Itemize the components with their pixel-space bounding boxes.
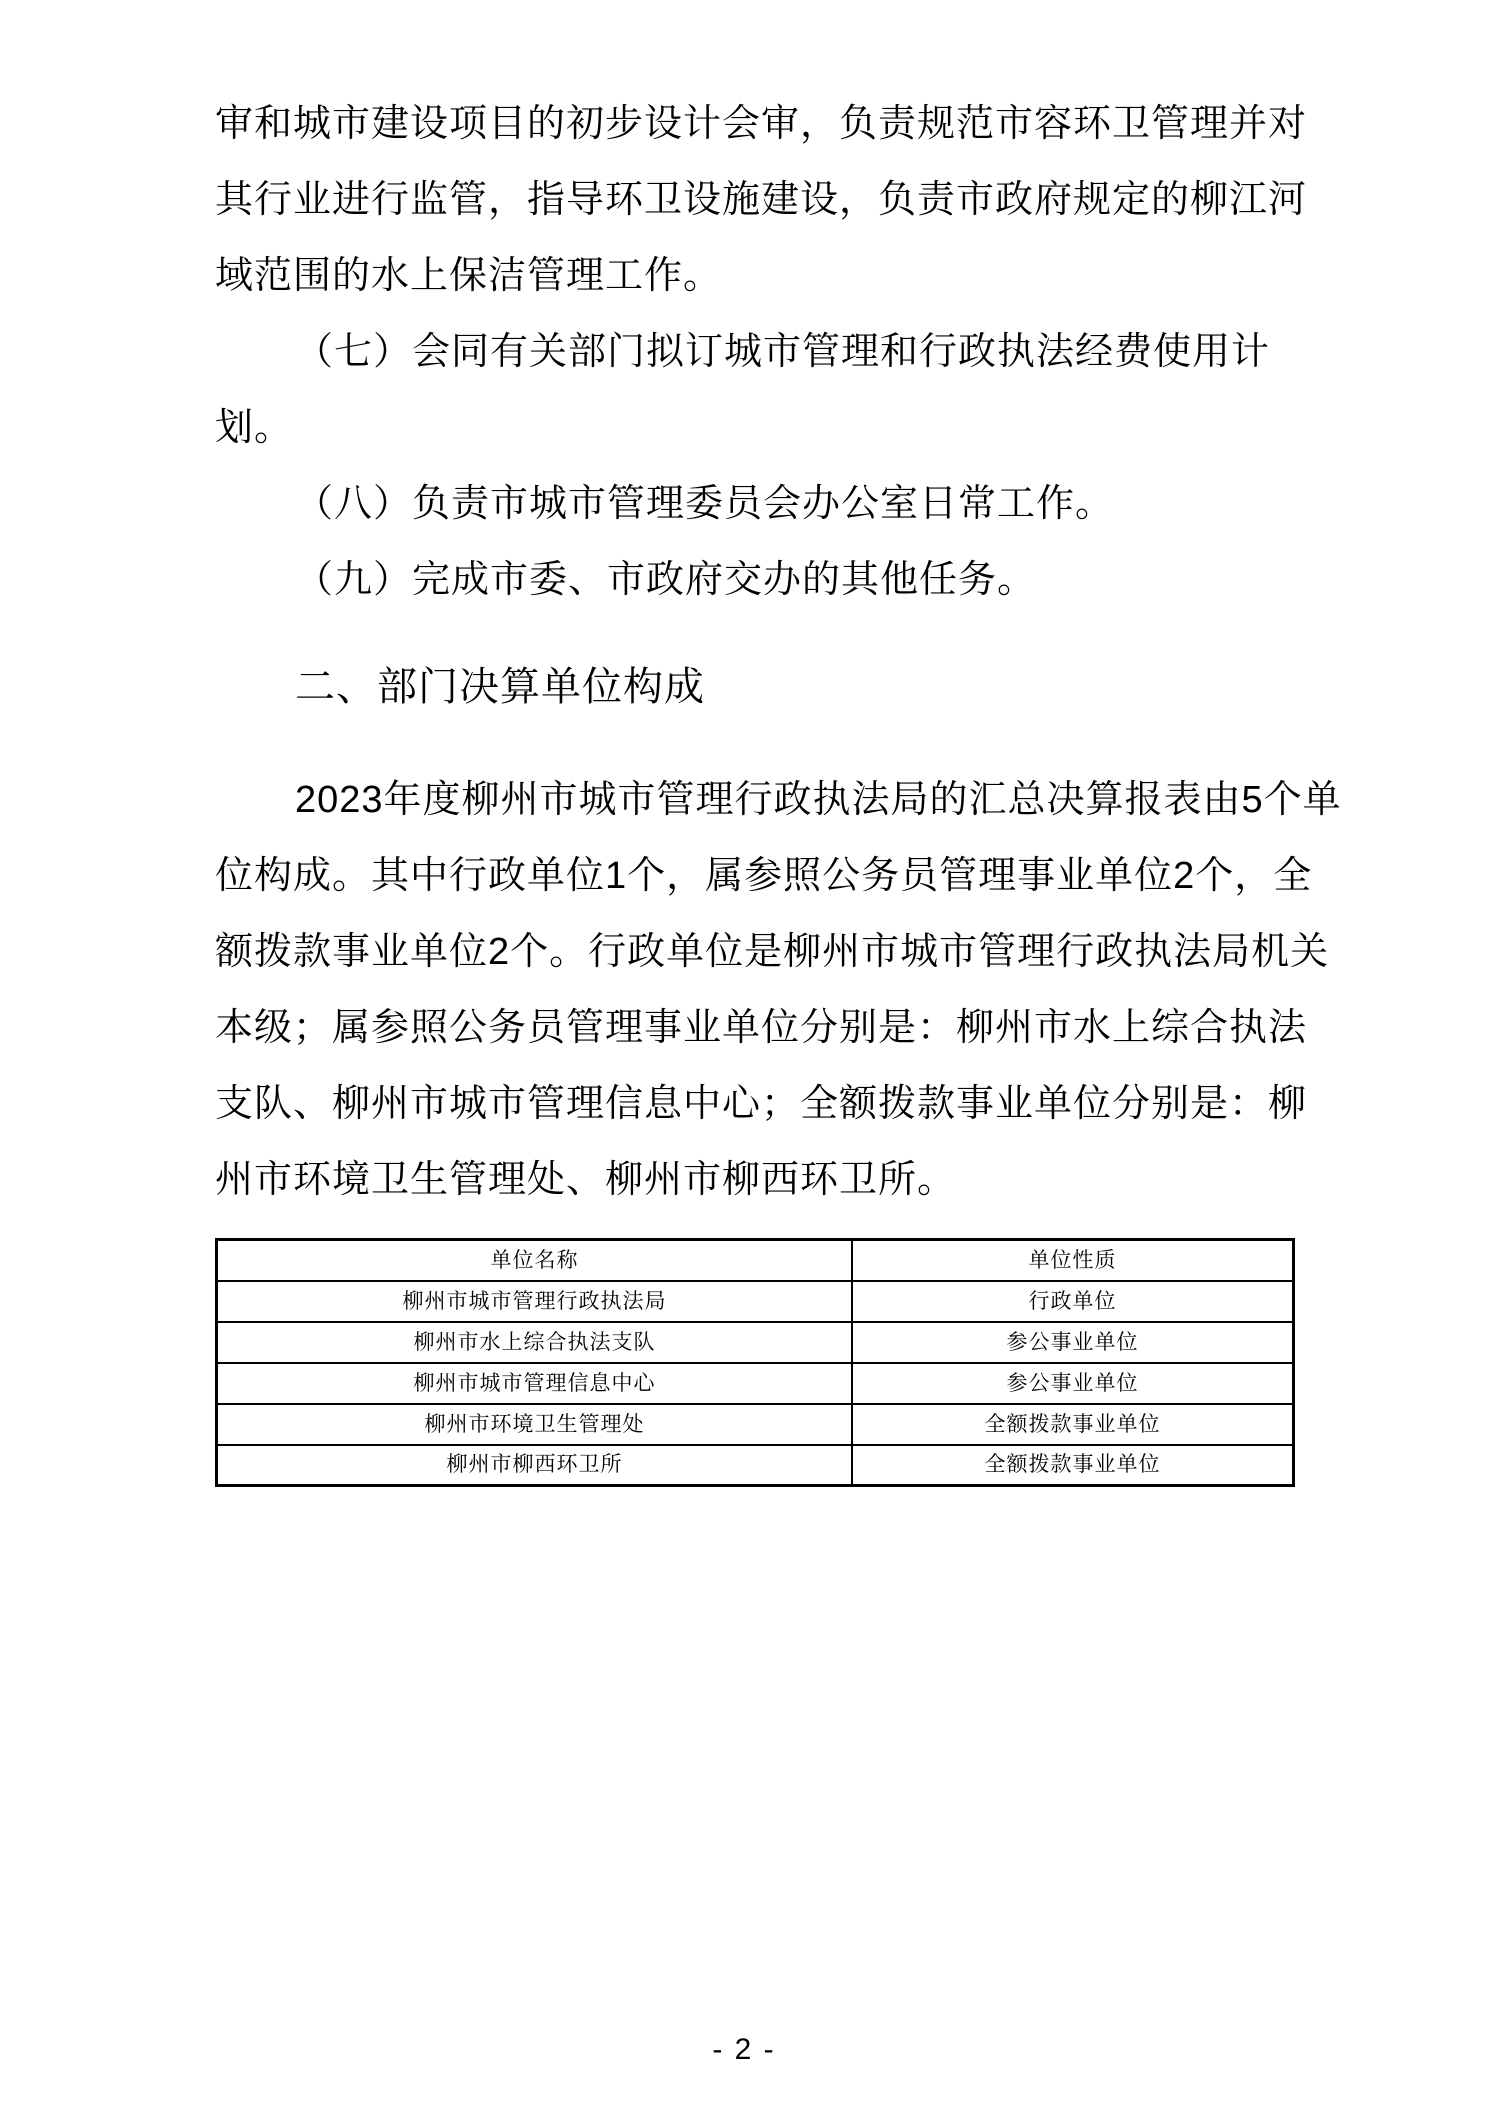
paragraph-item-7: （七）会同有关部门拟订城市管理和行政执法经费使用计 划。	[215, 314, 1295, 466]
table-header-unit-name: 单位名称	[217, 1240, 852, 1281]
paragraph-item-9: （九）完成市委、市政府交办的其他任务。	[215, 542, 1295, 618]
table-row: 柳州市水上综合执法支队 参公事业单位	[217, 1322, 1294, 1363]
unit-type-cell: 参公事业单位	[852, 1363, 1294, 1404]
unit-type-cell: 全额拨款事业单位	[852, 1404, 1294, 1445]
unit-type-cell: 参公事业单位	[852, 1322, 1294, 1363]
page-number: - 2 -	[0, 2033, 1488, 2067]
unit-name-cell: 柳州市柳西环卫所	[217, 1445, 852, 1486]
unit-name-cell: 柳州市水上综合执法支队	[217, 1322, 852, 1363]
unit-composition-table: 单位名称 单位性质 柳州市城市管理行政执法局 行政单位 柳州市水上综合执法支队 …	[215, 1238, 1295, 1487]
paragraph-unit-composition: 2023年度柳州市城市管理行政执法局的汇总决算报表由5个单 位构成。其中行政单位…	[215, 762, 1295, 1218]
body-line: 额拨款事业单位2个。行政单位是柳州市城市管理行政执法局机关	[215, 914, 1295, 990]
unit-type-cell: 行政单位	[852, 1281, 1294, 1322]
table-row: 柳州市环境卫生管理处 全额拨款事业单位	[217, 1404, 1294, 1445]
table-row: 柳州市城市管理行政执法局 行政单位	[217, 1281, 1294, 1322]
body-line: 本级；属参照公务员管理事业单位分别是：柳州市水上综合执法	[215, 990, 1295, 1066]
body-line: 2023年度柳州市城市管理行政执法局的汇总决算报表由5个单	[215, 762, 1295, 838]
document-page: 审和城市建设项目的初步设计会审，负责规范市容环卫管理并对 其行业进行监管，指导环…	[0, 0, 1488, 2104]
body-line: 支队、柳州市城市管理信息中心；全额拨款事业单位分别是：柳	[215, 1066, 1295, 1142]
body-line: 域范围的水上保洁管理工作。	[215, 238, 1295, 314]
unit-name-cell: 柳州市环境卫生管理处	[217, 1404, 852, 1445]
unit-name-cell: 柳州市城市管理行政执法局	[217, 1281, 852, 1322]
body-line: 州市环境卫生管理处、柳州市柳西环卫所。	[215, 1142, 1295, 1218]
section-heading: 二、部门决算单位构成	[215, 649, 1295, 725]
body-line: 位构成。其中行政单位1个，属参照公务员管理事业单位2个，全	[215, 838, 1295, 914]
document-body: 审和城市建设项目的初步设计会审，负责规范市容环卫管理并对 其行业进行监管，指导环…	[215, 86, 1295, 1487]
table-header-row: 单位名称 单位性质	[217, 1240, 1294, 1281]
body-line: （七）会同有关部门拟订城市管理和行政执法经费使用计	[215, 314, 1295, 390]
table-header-unit-type: 单位性质	[852, 1240, 1294, 1281]
paragraph-duties-continued: 审和城市建设项目的初步设计会审，负责规范市容环卫管理并对 其行业进行监管，指导环…	[215, 86, 1295, 314]
body-line: 划。	[215, 390, 1295, 466]
table-row: 柳州市城市管理信息中心 参公事业单位	[217, 1363, 1294, 1404]
unit-name-cell: 柳州市城市管理信息中心	[217, 1363, 852, 1404]
body-line: 审和城市建设项目的初步设计会审，负责规范市容环卫管理并对	[215, 86, 1295, 162]
unit-type-cell: 全额拨款事业单位	[852, 1445, 1294, 1486]
table-row: 柳州市柳西环卫所 全额拨款事业单位	[217, 1445, 1294, 1486]
body-line: 其行业进行监管，指导环卫设施建设，负责市政府规定的柳江河	[215, 162, 1295, 238]
paragraph-item-8: （八）负责市城市管理委员会办公室日常工作。	[215, 466, 1295, 542]
